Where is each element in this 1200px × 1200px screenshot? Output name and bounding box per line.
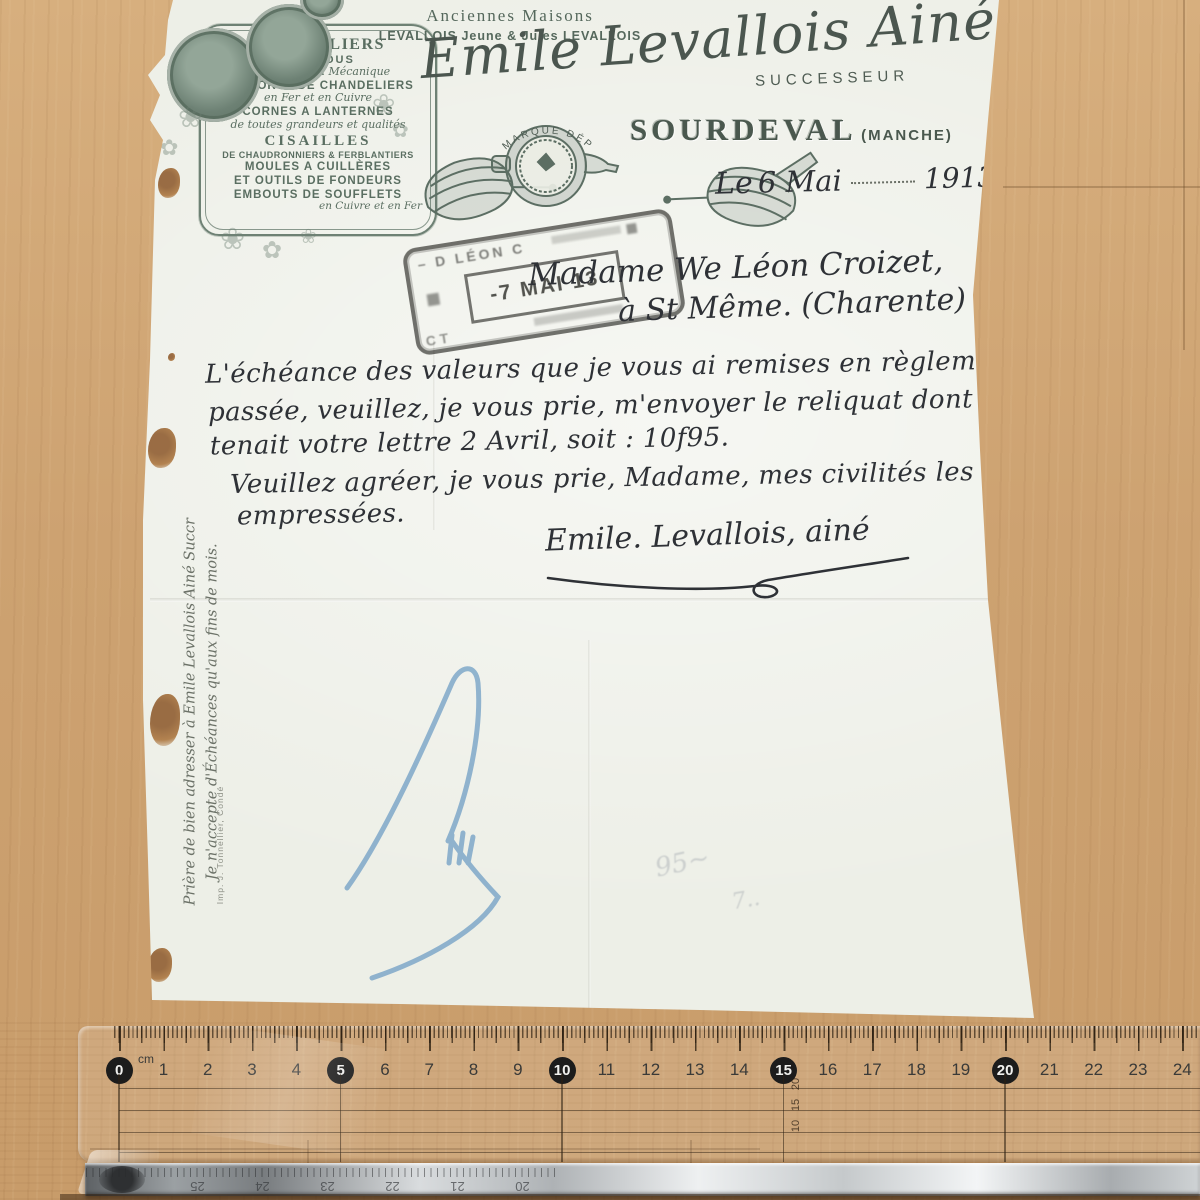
margin-note-line-1: Prière de bien adresser à Emile Levalloi… [180, 412, 202, 1012]
flower-icon: ❀ [372, 88, 395, 121]
successeur-label: SUCCESSEUR [755, 67, 910, 89]
rust-stain [158, 168, 180, 198]
photo-of-letter: CHANDELIERSA ECROUSFabriqués à la Mécani… [0, 0, 1200, 1200]
flower-icon: ✿ [262, 236, 282, 265]
metal-ruler-ticks [85, 1168, 555, 1177]
flower-icon: ✿ [160, 135, 178, 161]
department-name: (MANCHE) [861, 127, 953, 144]
signature-flourish [540, 552, 920, 602]
date-prefix: Le [715, 166, 754, 202]
flower-icon: ❀ [178, 100, 203, 135]
ruler-side-scale: 201510 [790, 1078, 802, 1132]
metal-ruler-scale: 202122232425 [85, 1163, 555, 1196]
pencil-smudge: 7.. [730, 886, 762, 915]
date-line: Le 6 Mai 1913. [715, 159, 1005, 202]
signature: Emile. Levallois, ainé [544, 512, 870, 558]
printer-imprint: Imp. J. Tonnellier, Condé [215, 745, 225, 945]
date-dotted-rule [851, 181, 915, 185]
body-line: L'échéance des valeurs que je vous ai re… [205, 344, 1099, 390]
stamp-smudge [626, 223, 637, 234]
pencil-smudge: 95~ [652, 843, 712, 884]
flower-icon: ❀ [220, 222, 245, 257]
plank-seam [1183, 0, 1185, 350]
fold-crease [588, 640, 591, 1010]
plank-seam [1003, 186, 1200, 188]
ruler-glare [191, 1024, 385, 1158]
city-line: SOURDEVAL (MANCHE) [630, 112, 1010, 148]
city-name: SOURDEVAL [630, 112, 857, 147]
metal-ruler: 202122232425 [85, 1163, 1200, 1196]
flower-icon: ❀ [300, 224, 317, 249]
stamp-smudge [427, 293, 441, 307]
pin-hole [168, 353, 175, 361]
table-edge-shadow [60, 1194, 1200, 1200]
flower-icon: ✿ [392, 118, 409, 143]
date-day-month: 6 Mai [757, 163, 842, 199]
plastic-ruler: cm 0123456789101112131415161718192021222… [78, 1026, 1200, 1162]
ruler-gridline [119, 1152, 1200, 1153]
